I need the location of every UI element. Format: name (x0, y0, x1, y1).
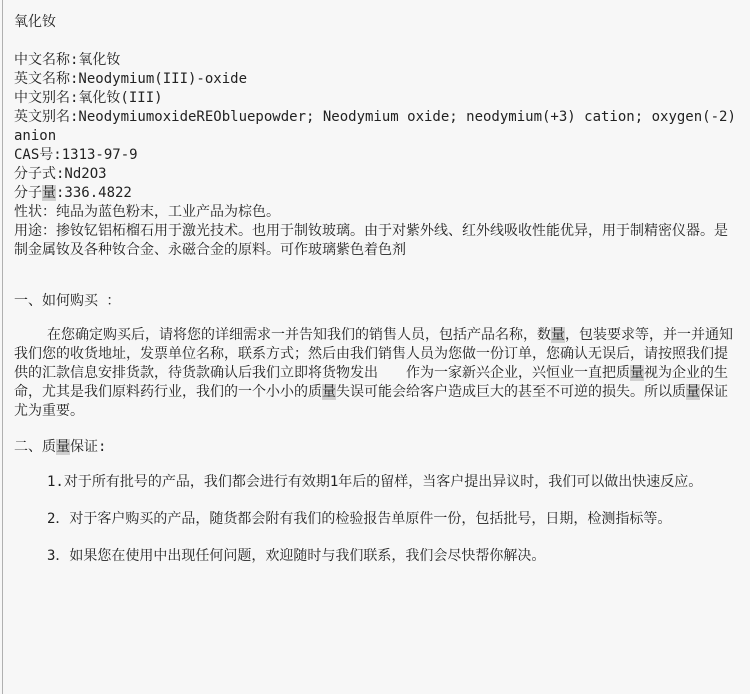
highlighted-char: 量 (551, 327, 565, 343)
field-uses: 用途：掺钕钇铝柘榴石用于激光技术。也用于制钕玻璃。由于对紫外线、红外线吸收性能优… (14, 222, 736, 260)
highlighted-char: 量 (42, 185, 56, 201)
highlighted-char: 量 (322, 384, 336, 400)
field-chinese-name: 中文名称:氧化钕 (14, 51, 736, 70)
field-properties: 性状：纯品为蓝色粉末，工业产品为棕色。 (14, 203, 736, 222)
quality-guarantee-list: 1.对于所有批号的产品，我们都会进行有效期1年后的留样，当客户提出异议时，我们可… (14, 473, 736, 566)
section-heading-how-to-buy: 一、如何购买 ： (14, 292, 736, 311)
field-molecular-formula: 分子式:Nd2O3 (14, 165, 736, 184)
page-title: 氧化钕 (14, 13, 736, 32)
field-english-alias: 英文别名:NeodymiumoxideREObluepowder; Neodym… (14, 108, 736, 146)
section-how-to-buy: 一、如何购买 ： 在您确定购买后，请将您的详细需求一并告知我们的销售人员，包括产… (14, 292, 736, 421)
field-cas-number: CAS号:1313-97-9 (14, 146, 736, 165)
highlighted-char: 量 (630, 365, 644, 381)
product-document: 氧化钕 中文名称:氧化钕 英文名称:Neodymium(III)-oxide 中… (2, 0, 750, 694)
field-english-name: 英文名称:Neodymium(III)-oxide (14, 70, 736, 89)
section-quality-guarantee: 二、质量保证: 1.对于所有批号的产品，我们都会进行有效期1年后的留样，当客户提… (14, 438, 736, 566)
quality-item-1: 1.对于所有批号的产品，我们都会进行有效期1年后的留样，当客户提出异议时，我们可… (14, 473, 736, 492)
section-heading-quality-guarantee: 二、质量保证: (14, 438, 736, 457)
field-chinese-alias: 中文别名:氧化钕(III) (14, 89, 736, 108)
product-info-block: 中文名称:氧化钕 英文名称:Neodymium(III)-oxide 中文别名:… (14, 51, 736, 260)
highlighted-char: 量 (686, 384, 700, 400)
how-to-buy-paragraph: 在您确定购买后，请将您的详细需求一并告知我们的销售人员，包括产品名称，数量，包装… (14, 326, 736, 421)
page-body: { "page": { "background_color": "#f7f7f7… (0, 0, 750, 694)
quality-item-2: 2．对于客户购买的产品，随货都会附有我们的检验报告单原件一份，包括批号，日期，检… (14, 510, 736, 529)
quality-item-3: 3．如果您在使用中出现任何问题，欢迎随时与我们联系，我们会尽快帮你解决。 (14, 547, 736, 566)
field-molecular-weight: 分子量:336.4822 (14, 184, 736, 203)
highlighted-char: 量 (56, 439, 70, 455)
